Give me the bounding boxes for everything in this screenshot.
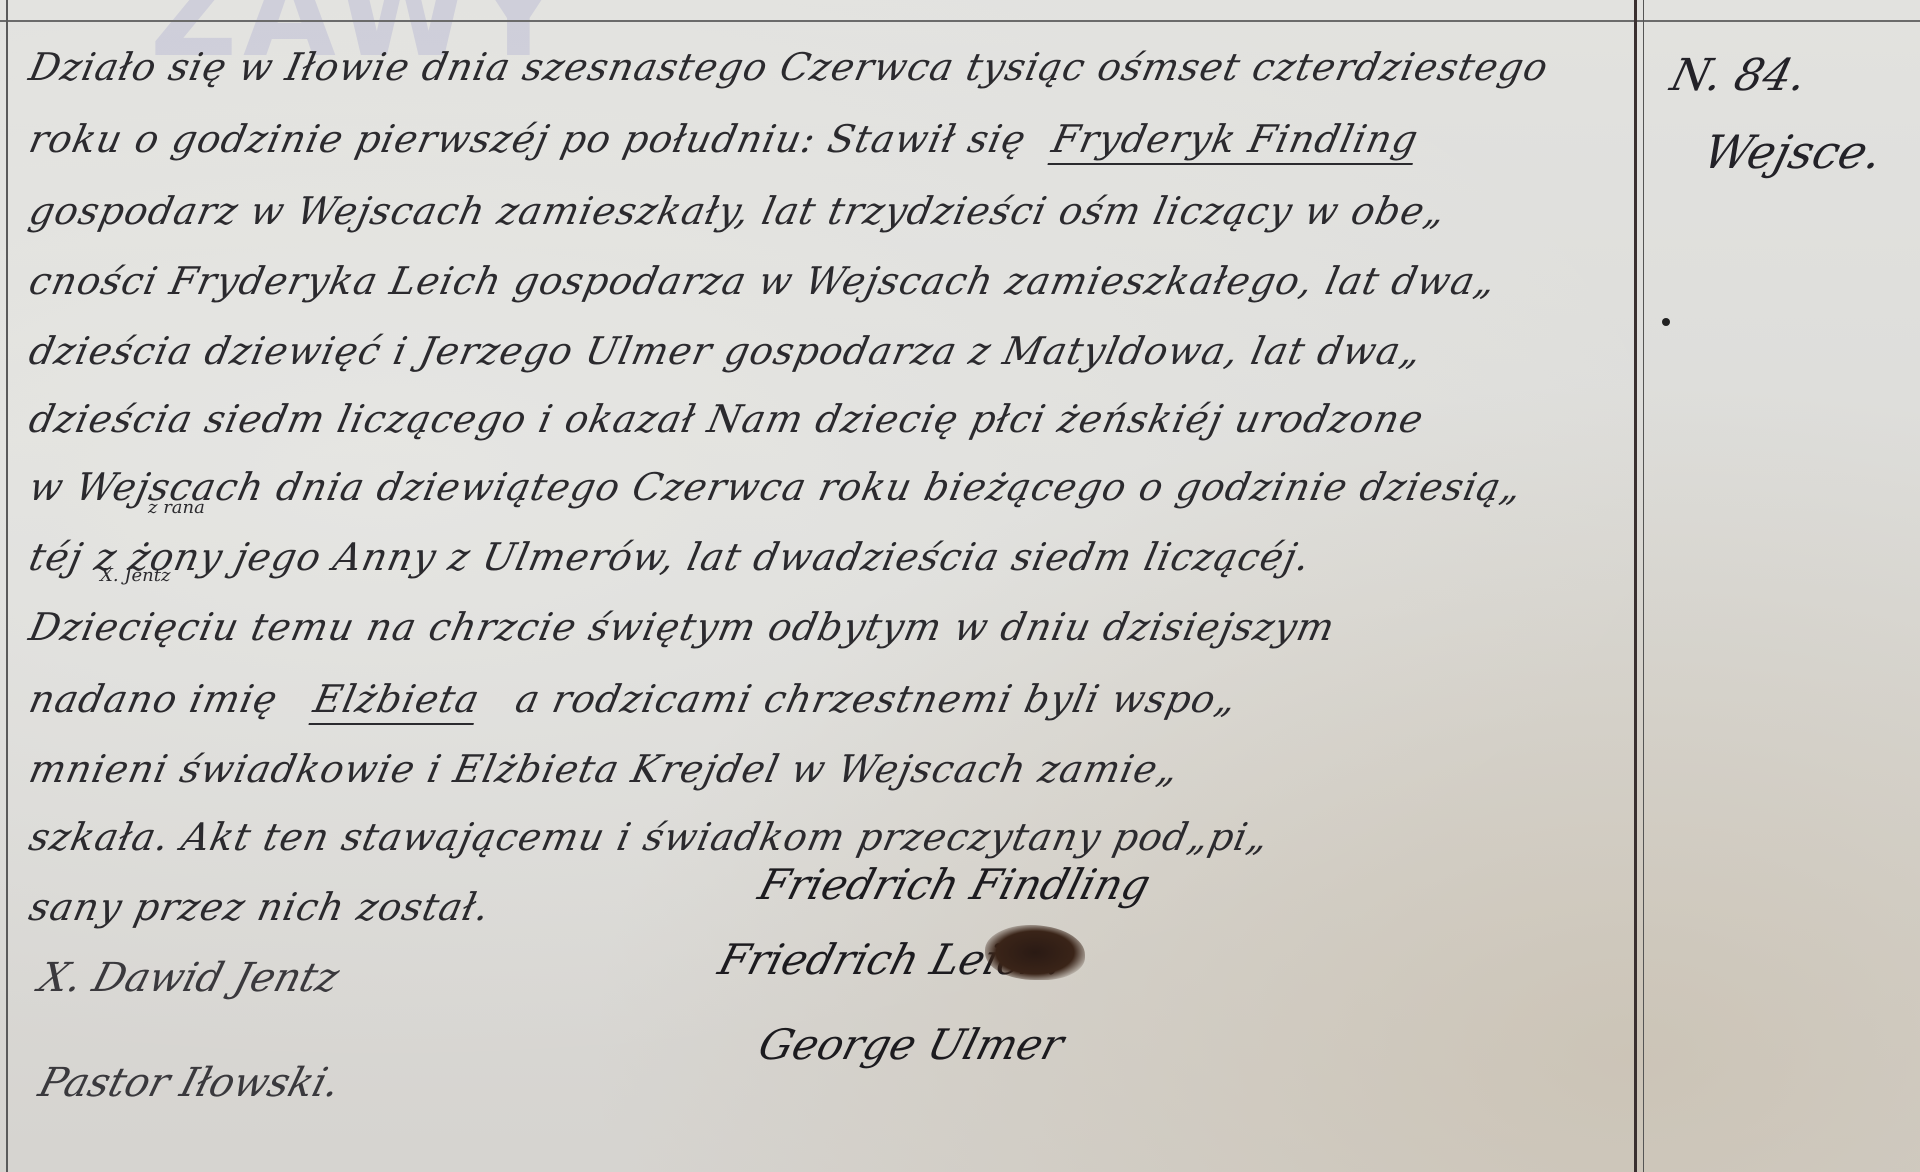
ink-blot xyxy=(985,925,1085,980)
record-number: N. 84. xyxy=(1666,50,1812,101)
left-rule-line xyxy=(6,0,8,1172)
record-line-2: roku o godzinie pierwszéj po południu: S… xyxy=(25,117,1422,161)
record-line-10: nadano imię Elżbieta a rodzicami chrzest… xyxy=(25,677,1241,721)
signature-pastor: Pastor Iłowski. xyxy=(34,1060,345,1106)
record-line-9: Dziecięciu temu na chrzcie świętym odbyt… xyxy=(25,605,1339,649)
column-divider-line xyxy=(1634,0,1637,1172)
signature-father: Friedrich Findling xyxy=(753,860,1155,909)
village-name: Wejsce. xyxy=(1698,125,1888,179)
record-line-10-rest: a rodzicami chrzestnemi byli wspo„ xyxy=(512,677,1241,721)
column-divider-line-thin xyxy=(1643,0,1644,1172)
ink-speck xyxy=(1662,318,1670,326)
father-name: Fryderyk Findling xyxy=(1047,117,1422,165)
record-line-2-text: roku o godzinie pierwszéj po południu: S… xyxy=(25,117,1030,161)
record-line-11: mnieni świadkowie i Elżbieta Krejdel w W… xyxy=(25,747,1183,791)
top-rule-line xyxy=(0,20,1920,22)
record-line-8: téj z żony jego Anny z Ulmerów, lat dwad… xyxy=(25,535,1314,579)
child-name: Elżbieta xyxy=(309,677,484,725)
signature-witness-ulmer: George Ulmer xyxy=(753,1020,1069,1069)
record-line-5: dzieścia dziewięć i Jerzego Ulmer gospod… xyxy=(25,329,1426,373)
record-line-12: szkała. Akt ten stawającemu i świadkom p… xyxy=(25,815,1273,859)
record-line-6: dzieścia siedm liczącego i okazał Nam dz… xyxy=(25,397,1428,441)
record-line-10-text: nadano imię xyxy=(25,677,282,721)
interlinear-note-z-rana: z rana xyxy=(148,497,205,518)
record-line-1: Działo się w Iłowie dnia szesnastego Cze… xyxy=(25,45,1552,89)
record-line-13: sany przez nich został. xyxy=(25,885,494,929)
record-line-4: cności Fryderyka Leich gospodarza w Wejs… xyxy=(25,259,1500,303)
signature-officiant: X. Dawid Jentz xyxy=(34,955,344,1001)
record-line-3: gospodarz w Wejscach zamieszkały, lat tr… xyxy=(25,189,1450,233)
document-page: ZAWY Działo się w Iłowie dnia szesnasteg… xyxy=(0,0,1920,1172)
interlinear-note-jentz: X. Jentz xyxy=(100,565,170,586)
record-line-7: w Wejscach dnia dziewiątego Czerwca roku… xyxy=(25,465,1526,509)
